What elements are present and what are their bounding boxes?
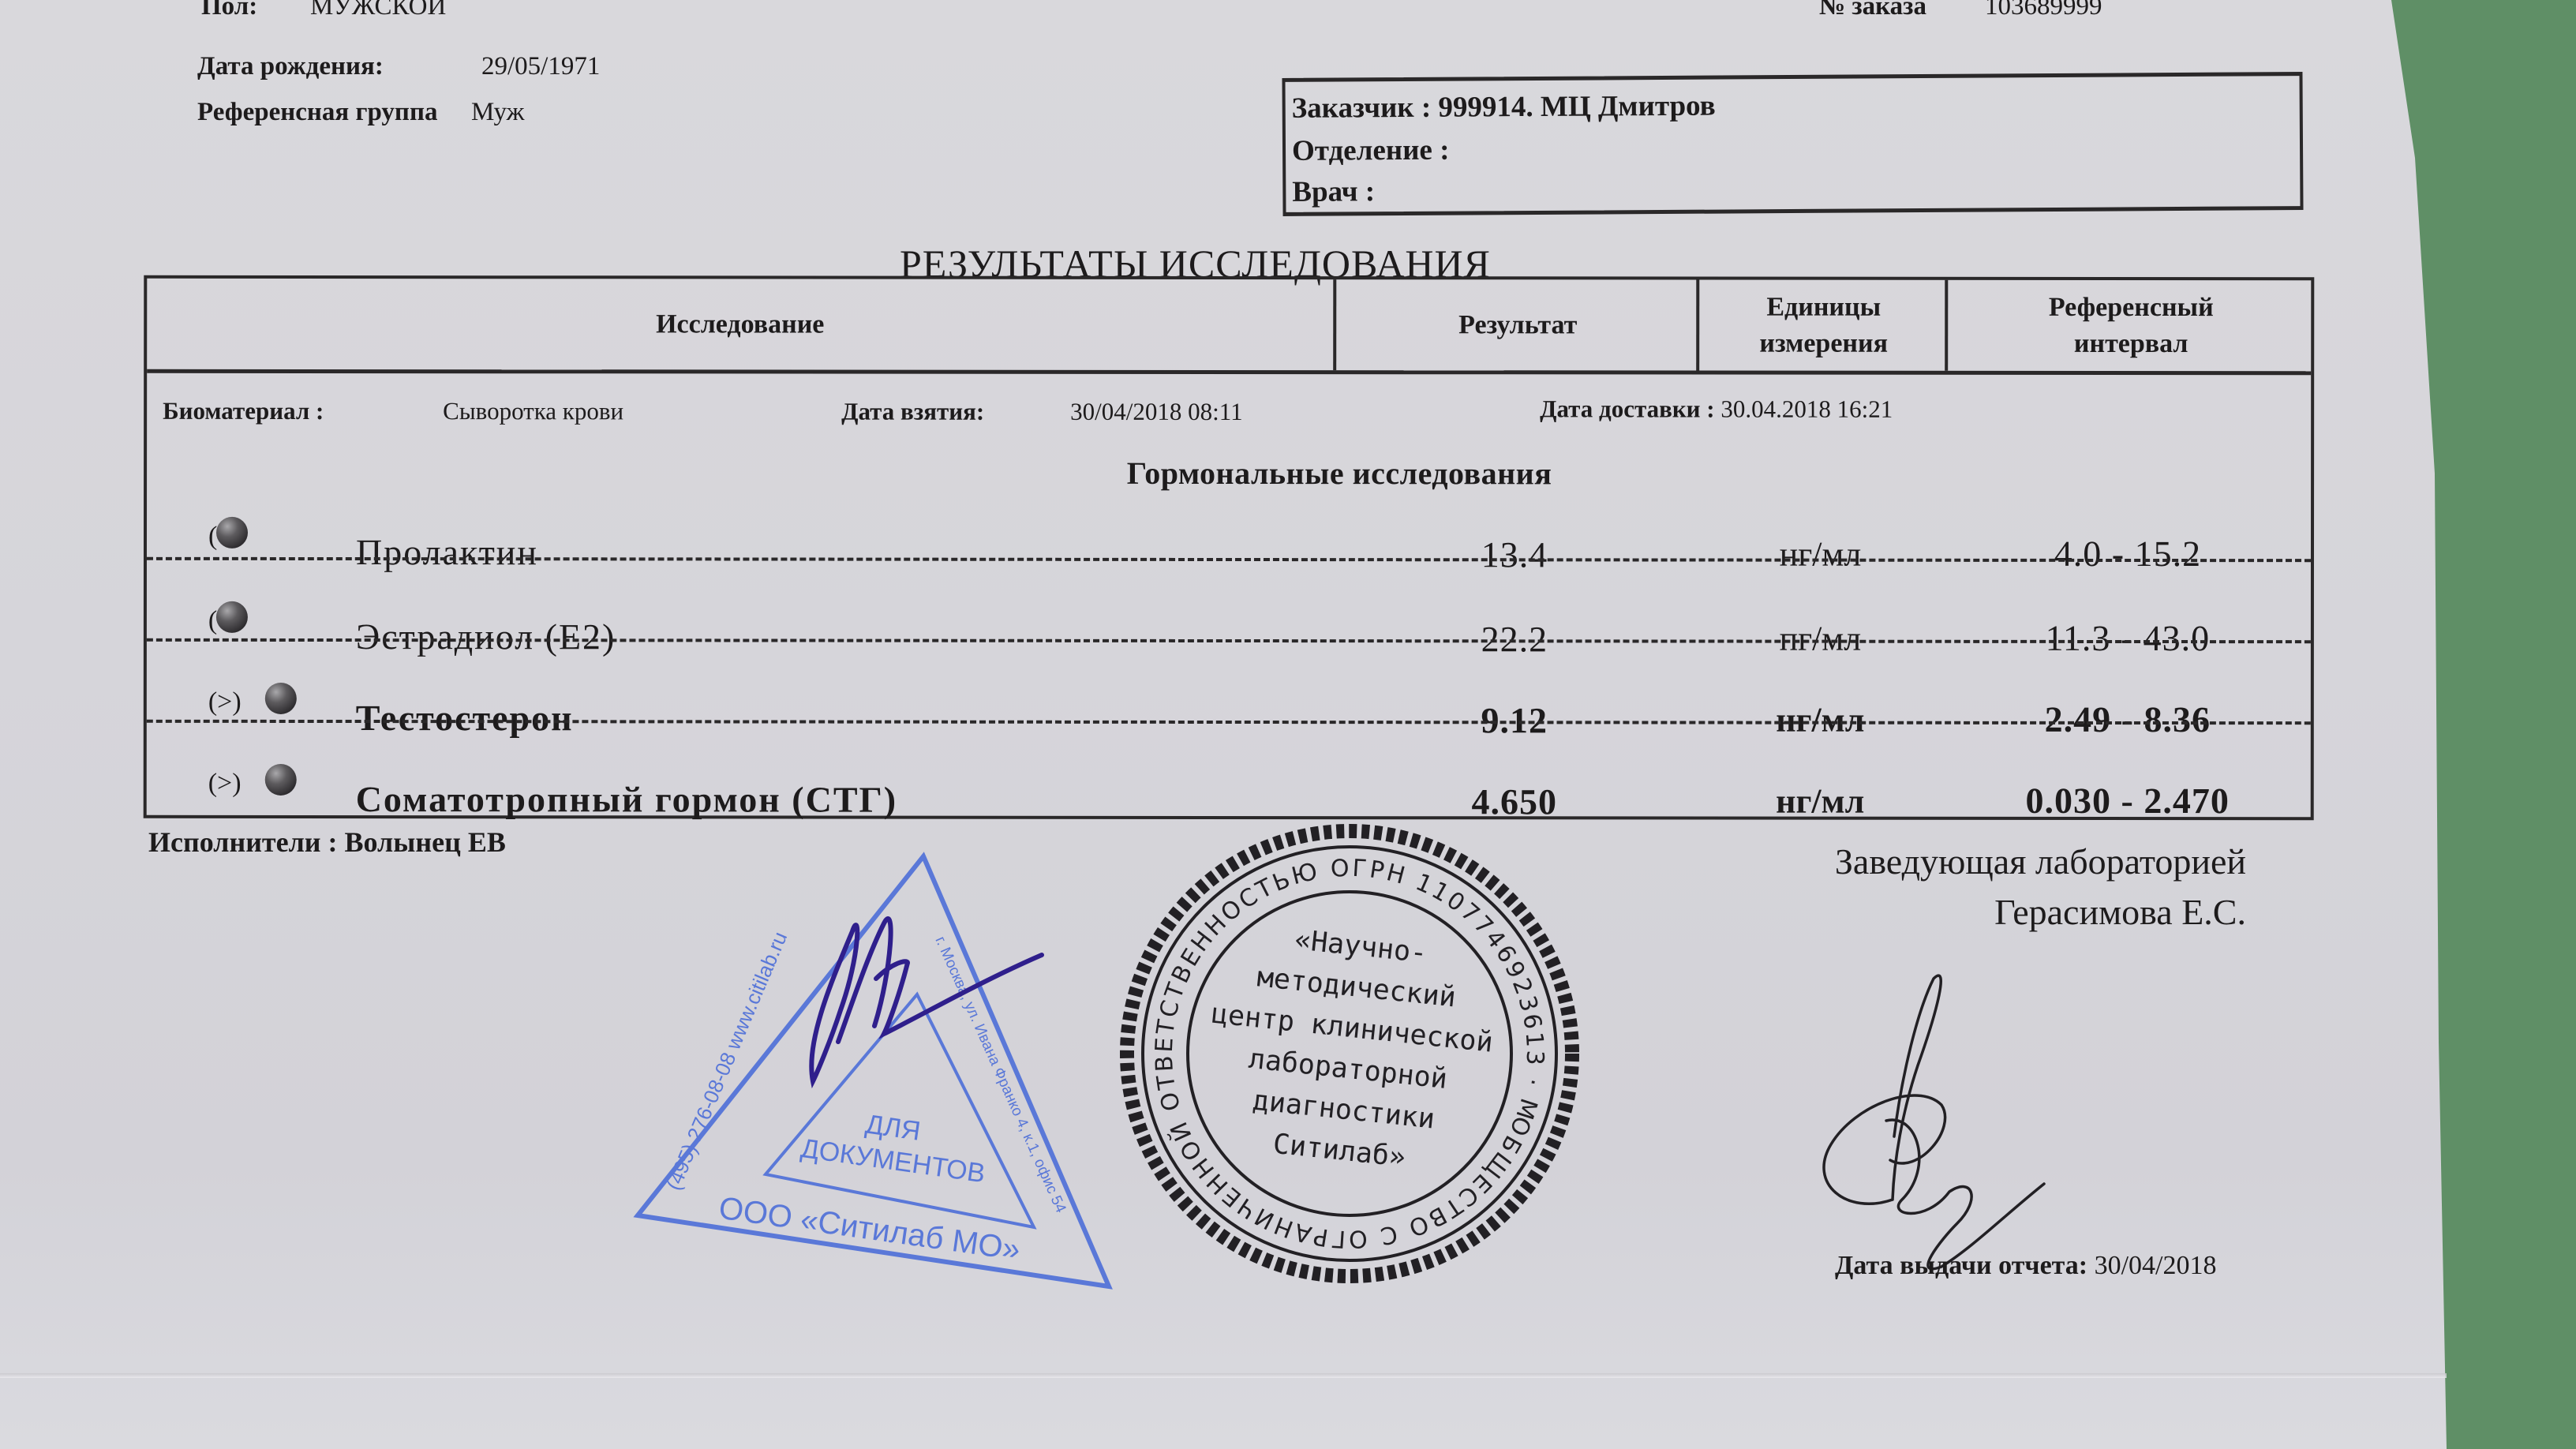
header-study: Исследование bbox=[147, 279, 1333, 370]
row-flag: (>) bbox=[208, 769, 241, 799]
department-line: Отделение : bbox=[1292, 133, 1450, 168]
table-header: Исследование Результат Единицыизмерения … bbox=[147, 279, 2311, 375]
table-row: (>)Соматотропный гормон (СТГ)4.650нг/мл0… bbox=[147, 720, 2311, 806]
test-name: Соматотропный гормон (СТГ) bbox=[356, 778, 897, 821]
order-label: № заказа bbox=[1819, 0, 1926, 21]
performer-signature bbox=[811, 919, 1042, 1081]
sex-label: Пол: bbox=[201, 0, 257, 21]
delivered-label: Дата доставки : 30.04.2018 16:21 bbox=[1540, 395, 1893, 423]
lab-head: Заведующая лабораторией Герасимова Е.С. bbox=[1835, 837, 2246, 938]
issue-date-label: Дата выдачи отчета: bbox=[1835, 1251, 2087, 1280]
paper-fold bbox=[0, 1373, 2447, 1378]
round-stamp: ОБЩЕСТВО С ОГРАНИЧЕННОЙ ОТВЕТСТВЕННОСТЬЮ… bbox=[1113, 817, 1586, 1290]
header-units: Единицыизмерения bbox=[1696, 280, 1948, 371]
customer-line: Заказчик : 999914. МЦ Дмитров bbox=[1292, 89, 1716, 125]
order-value: 103689999 bbox=[1985, 0, 2102, 21]
biomaterial-label: Биоматериал : bbox=[163, 397, 324, 425]
head-signature bbox=[1799, 963, 2131, 1294]
doctor-line: Врач : bbox=[1292, 174, 1375, 209]
birth-label: Дата рождения: bbox=[197, 52, 384, 81]
status-dot-icon bbox=[265, 764, 297, 796]
ref-group-label: Референсная группа bbox=[197, 98, 437, 127]
lab-head-name: Герасимова Е.С. bbox=[1835, 887, 2246, 938]
stamp-center-line: Ситилаб» bbox=[1271, 1129, 1407, 1174]
header-ref-line2: интервал bbox=[2074, 328, 2188, 358]
header-units-line2: измерения bbox=[1759, 328, 1888, 358]
performer: Исполнители : Волынец ЕВ bbox=[148, 826, 506, 859]
lab-head-title: Заведующая лабораторией bbox=[1835, 837, 2246, 887]
header-units-line1: Единицы bbox=[1766, 292, 1881, 321]
stamp-center-line: диагностики bbox=[1251, 1085, 1436, 1136]
test-units: нг/мл bbox=[1696, 781, 1945, 822]
issue-date-value: 30/04/2018 bbox=[2095, 1251, 2217, 1280]
status-dot-icon bbox=[216, 601, 248, 633]
birth-value: 29/05/1971 bbox=[481, 52, 600, 81]
stamp-center-text: «Научно-методическийцентр клиническойлаб… bbox=[1197, 916, 1503, 1181]
stamp-center-line1: ДЛЯ bbox=[863, 1109, 923, 1146]
header-ref-line1: Референсный bbox=[2049, 293, 2214, 322]
header-result: Результат bbox=[1333, 279, 1699, 370]
status-dot-icon bbox=[216, 517, 248, 549]
sex-value: МУЖСКОЙ bbox=[310, 0, 446, 21]
ref-group-value: Муж bbox=[471, 98, 524, 127]
delivered-value: 30.04.2018 16:21 bbox=[1720, 395, 1893, 423]
row-flag: (>) bbox=[208, 687, 241, 717]
section-title: Гормональные исследования bbox=[147, 454, 2311, 492]
stamp-left-edge: (495) 276-08-08 www.citilab.ru bbox=[661, 928, 792, 1193]
stamp-center-line: «Научно- bbox=[1293, 924, 1428, 969]
test-reference: 0.030 - 2.470 bbox=[1945, 780, 2311, 822]
triangle-stamp: ДЛЯ ДОКУМЕНТОВ ООО «Ситилаб МО» (495) 27… bbox=[623, 844, 1129, 1302]
sampled-value: 30/04/2018 08:11 bbox=[1070, 398, 1242, 426]
header-reference: Референсныйинтервал bbox=[1945, 280, 2314, 371]
table-row: (>)Тестостерон9.12нг/мл2.49 - 8.36 bbox=[147, 638, 2311, 724]
sampled-label: Дата взятия: bbox=[841, 398, 984, 426]
table-row: (Эстрадиол (Е2)22.2пг/мл11.3 - 43.0 bbox=[147, 557, 2311, 643]
issue-date: Дата выдачи отчета: 30/04/2018 bbox=[1835, 1251, 2217, 1281]
status-dot-icon bbox=[265, 683, 297, 714]
customer-box: Заказчик : 999914. МЦ Дмитров Отделение … bbox=[1282, 72, 2303, 216]
biomaterial-value: Сыворотка крови bbox=[443, 397, 623, 425]
stamp-bottom: ООО «Ситилаб МО» bbox=[717, 1191, 1022, 1267]
results-table: Исследование Результат Единицыизмерения … bbox=[144, 275, 2315, 820]
